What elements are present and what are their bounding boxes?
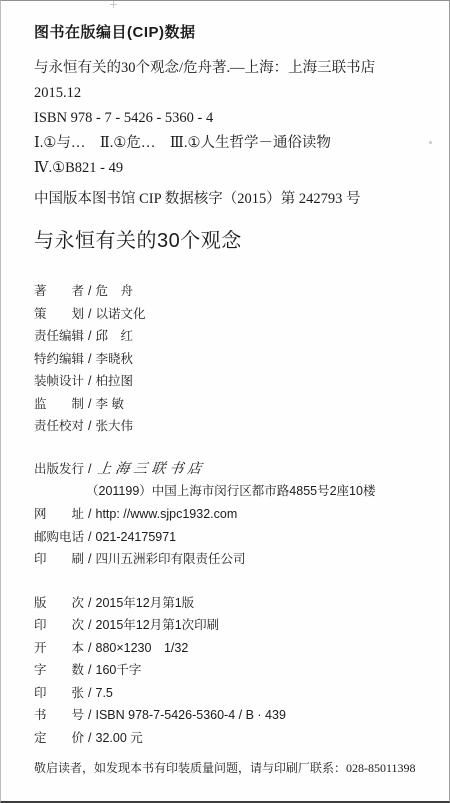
edition-value: 2015年12月第1版	[96, 596, 195, 610]
impression-label: 印 次	[34, 618, 84, 632]
credit-label: 特约编辑	[34, 352, 84, 366]
printer-value: 四川五洲彩印有限责任公司	[96, 552, 246, 566]
printer-row: 印 刷/四川五洲彩印有限责任公司	[34, 548, 431, 571]
book-title: 与永恒有关的30个观念	[34, 228, 431, 254]
impression-row: 印 次/2015年12月第1次印刷	[34, 614, 431, 637]
page-content: 图书在版编目(CIP)数据 与永恒有关的30个观念/危舟著.—上海：上海三联书店…	[1, 1, 449, 777]
website-row: 网 址/http: //www.sjpc1932.com	[34, 503, 431, 526]
credit-value: 邱 红	[96, 329, 134, 343]
cip-header: 图书在版编目(CIP)数据	[34, 24, 431, 41]
word-count-value: 160千字	[96, 663, 142, 677]
sheets-label: 印 张	[34, 686, 84, 700]
credit-value: 以诺文化	[96, 307, 146, 321]
slash-separator: /	[88, 618, 91, 632]
isbn-value: ISBN 978-7-5426-5360-4 / B · 439	[96, 708, 286, 722]
slash-separator: /	[88, 708, 91, 722]
slash-separator: /	[88, 596, 91, 610]
slash-separator: /	[88, 284, 91, 298]
credit-value: 柏拉图	[96, 374, 134, 388]
word-count-label: 字 数	[34, 663, 84, 677]
slash-separator: /	[88, 374, 91, 388]
credit-row-proofreader: 责任校对/张大伟	[34, 415, 431, 438]
credits-block: 著 者/危 舟 策 划/以诺文化 责任编辑/邱 红 特约编辑/李晓秋 装帧设计/…	[34, 280, 431, 438]
word-count-row: 字 数/160千字	[34, 659, 431, 682]
slash-separator: /	[88, 663, 91, 677]
format-label: 开 本	[34, 641, 84, 655]
phone-value: 021-24175971	[96, 530, 177, 544]
price-row: 定 价/32.00 元	[34, 727, 431, 750]
publisher-signature: 上海三联书店	[96, 458, 207, 481]
credit-row-editor: 责任编辑/邱 红	[34, 325, 431, 348]
isbn-label: 书 号	[34, 708, 84, 722]
publisher-address: （201199）中国上海市闵行区都市路4855号2座10楼	[34, 480, 431, 503]
publisher-row: 出版发行/上海三联书店	[34, 458, 431, 481]
isbn-row: 书 号/ISBN 978-7-5426-5360-4 / B · 439	[34, 704, 431, 727]
cip-title-line: 与永恒有关的30个观念/危舟著.—上海：上海三联书店	[34, 56, 431, 81]
scan-speck	[429, 141, 432, 144]
sheets-value: 7.5	[96, 686, 113, 700]
slash-separator: /	[88, 686, 91, 700]
publisher-block: 出版发行/上海三联书店 （201199）中国上海市闵行区都市路4855号2座10…	[34, 458, 431, 571]
price-value: 32.00 元	[96, 731, 143, 745]
edition-row: 版 次/2015年12月第1版	[34, 592, 431, 615]
credit-value: 李晓秋	[96, 352, 134, 366]
website-value: http: //www.sjpc1932.com	[96, 507, 238, 521]
cip-record-number: 中国版本图书馆 CIP 数据核字（2015）第 242793 号	[34, 187, 431, 212]
credit-row-designer: 装帧设计/柏拉图	[34, 370, 431, 393]
publisher-label: 出版发行	[34, 462, 84, 476]
impression-value: 2015年12月第1次印刷	[96, 618, 220, 632]
slash-separator: /	[88, 307, 91, 321]
edition-label: 版 次	[34, 596, 84, 610]
slash-separator: /	[88, 462, 91, 476]
cip-date-line: 2015.12	[34, 81, 431, 106]
credit-value: 危 舟	[96, 284, 134, 298]
credit-label: 责任校对	[34, 419, 84, 433]
copyright-page: 图书在版编目(CIP)数据 与永恒有关的30个观念/危舟著.—上海：上海三联书店…	[0, 0, 450, 803]
format-row: 开 本/880×1230 1/32	[34, 637, 431, 660]
slash-separator: /	[88, 397, 91, 411]
phone-label: 邮购电话	[34, 530, 84, 544]
credit-row-supervisor: 监 制/李 敏	[34, 393, 431, 416]
slash-separator: /	[88, 419, 91, 433]
slash-separator: /	[88, 731, 91, 745]
slash-separator: /	[88, 641, 91, 655]
credit-label: 策 划	[34, 307, 84, 321]
credit-row-contributing-editor: 特约编辑/李晓秋	[34, 348, 431, 371]
slash-separator: /	[88, 329, 91, 343]
print-info-block: 版 次/2015年12月第1版 印 次/2015年12月第1次印刷 开 本/88…	[34, 592, 431, 750]
credit-value: 张大伟	[96, 419, 134, 433]
credit-value: 李 敏	[96, 397, 124, 411]
credit-label: 装帧设计	[34, 374, 84, 388]
classification-line-1: Ⅰ.①与… Ⅱ.①危… Ⅲ.①人生哲学－通俗读物	[34, 131, 431, 156]
slash-separator: /	[88, 507, 91, 521]
credit-label: 责任编辑	[34, 329, 84, 343]
credit-row-author: 著 者/危 舟	[34, 280, 431, 303]
price-label: 定 价	[34, 731, 84, 745]
credit-label: 监 制	[34, 397, 84, 411]
classification-line-2: Ⅳ.①B821 - 49	[34, 156, 431, 181]
mail-order-phone-row: 邮购电话/021-24175971	[34, 526, 431, 549]
credit-label: 著 者	[34, 284, 84, 298]
slash-separator: /	[88, 352, 91, 366]
website-label: 网 址	[34, 507, 84, 521]
format-value: 880×1230 1/32	[96, 641, 189, 655]
credit-row-planner: 策 划/以诺文化	[34, 303, 431, 326]
reader-notice: 敬启读者，如发现本书有印装质量问题，请与印刷厂联系：028-85011398	[34, 760, 431, 777]
sheets-row: 印 张/7.5	[34, 682, 431, 705]
slash-separator: /	[88, 530, 91, 544]
scan-registration-mark	[110, 1, 117, 8]
classification-block: Ⅰ.①与… Ⅱ.①危… Ⅲ.①人生哲学－通俗读物 Ⅳ.①B821 - 49	[34, 131, 431, 181]
printer-label: 印 刷	[34, 552, 84, 566]
cip-isbn-line: ISBN 978 - 7 - 5426 - 5360 - 4	[34, 106, 431, 131]
cip-block: 与永恒有关的30个观念/危舟著.—上海：上海三联书店 2015.12 ISBN …	[34, 56, 431, 131]
slash-separator: /	[88, 552, 91, 566]
